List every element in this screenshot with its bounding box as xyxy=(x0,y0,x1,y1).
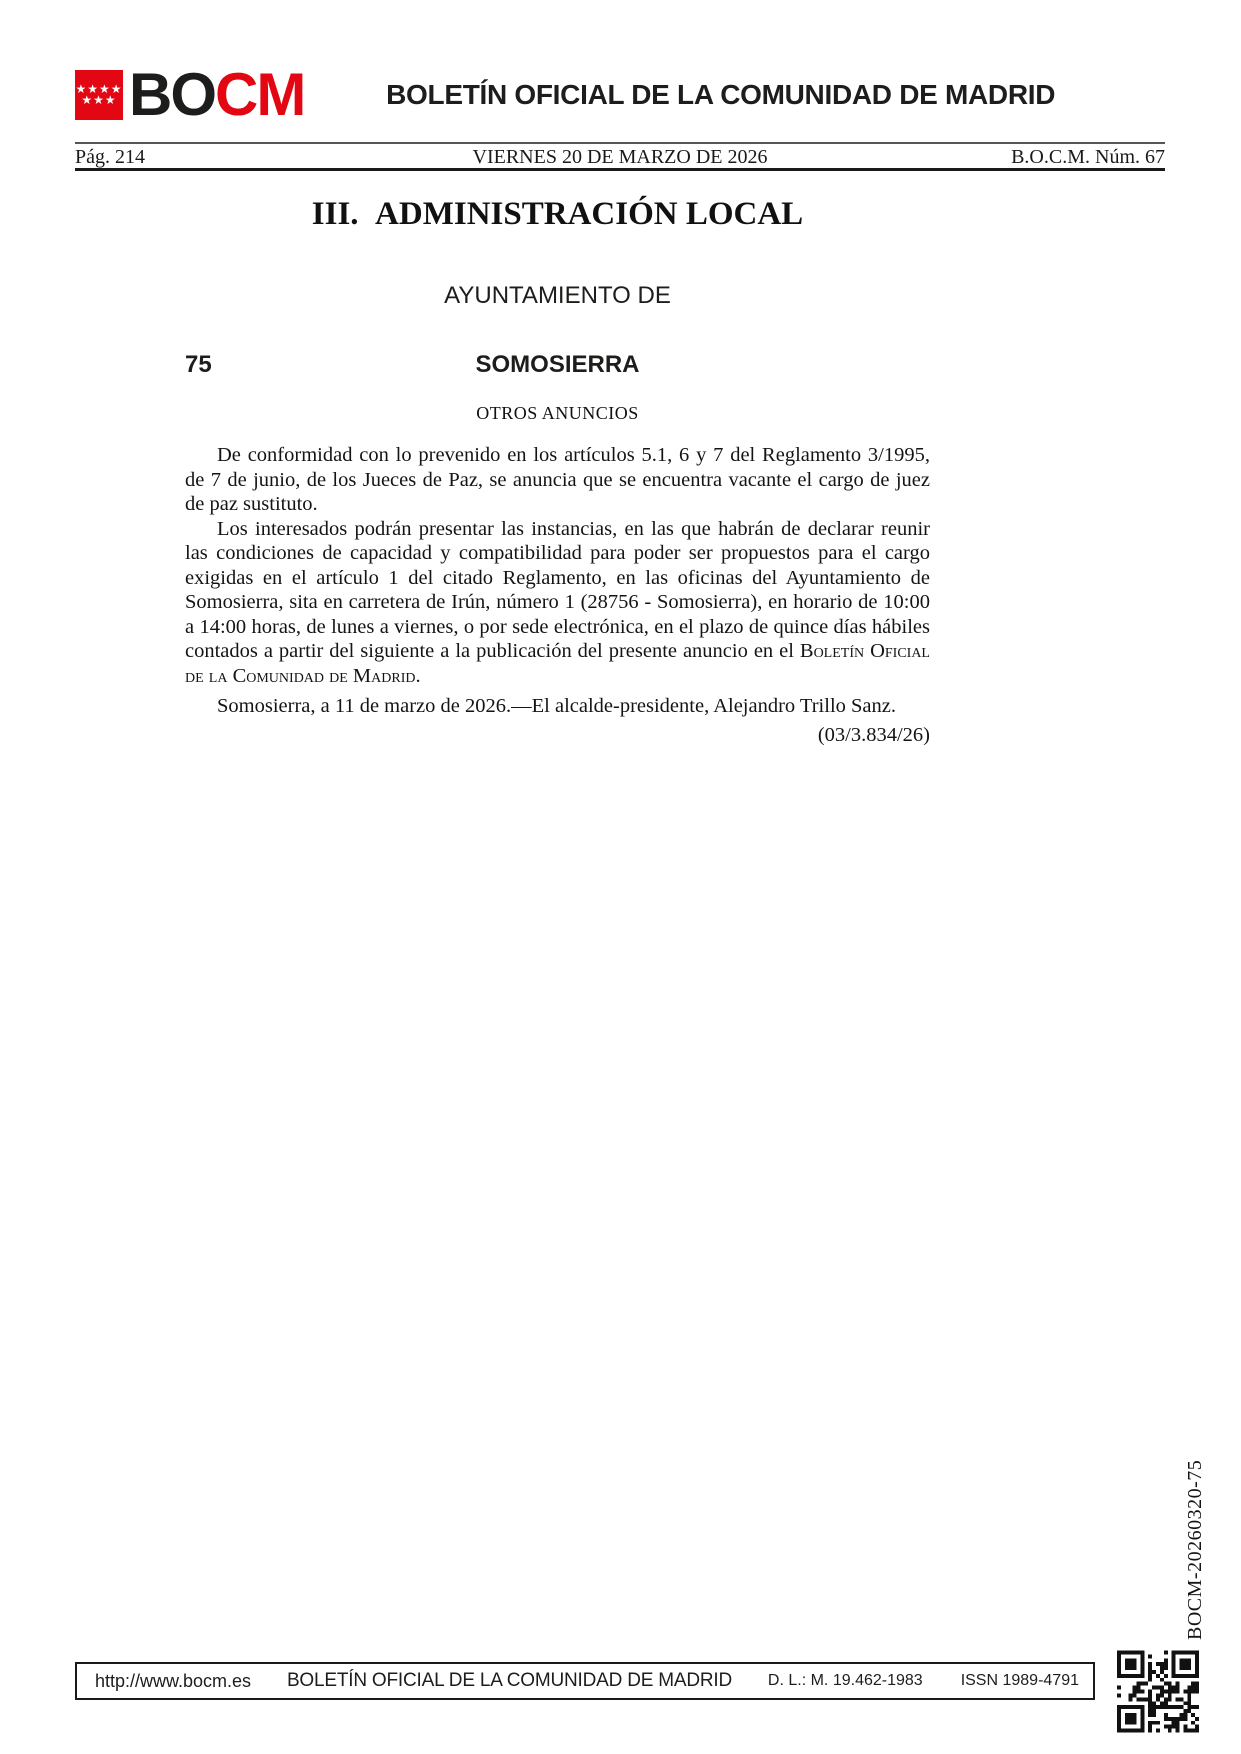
logo-wordmark: BOCM xyxy=(129,70,304,120)
madrid-flag-icon: ★★★★ ★★★ xyxy=(75,70,123,120)
section-title: III. ADMINISTRACIÓN LOCAL xyxy=(185,196,930,232)
dateline: Somosierra, a 11 de marzo de 2026.—El al… xyxy=(185,694,930,719)
issue-date: VIERNES 20 DE MARZO DE 2026 xyxy=(75,146,1165,168)
logo-text-cm: CM xyxy=(215,61,304,128)
paragraph-2-period: . xyxy=(416,665,421,687)
body-paragraph-2: Los interesados podrán presentar las ins… xyxy=(185,517,930,689)
footer-url-link[interactable]: http://www.bocm.es xyxy=(95,1671,251,1692)
gazette-page: ★★★★ ★★★ BOCM BOLETÍN OFICIAL DE LA COMU… xyxy=(0,0,1241,1754)
masthead-title: BOLETÍN OFICIAL DE LA COMUNIDAD DE MADRI… xyxy=(304,79,1165,111)
document-id-vertical: BOCM-20260320-75 xyxy=(1184,1455,1210,1640)
notice-number: 75 xyxy=(185,352,212,378)
issn: ISSN 1989-4791 xyxy=(961,1672,1079,1690)
bocm-logo: ★★★★ ★★★ BOCM xyxy=(75,70,304,120)
header-rule-top xyxy=(75,142,1165,144)
reference-number: (03/3.834/26) xyxy=(185,723,930,748)
municipality-row: 75 SOMOSIERRA xyxy=(185,352,930,378)
notice-body: De conformidad con lo prevenido en los a… xyxy=(185,443,930,719)
issue-number: B.O.C.M. Núm. 67 xyxy=(1011,146,1165,168)
masthead: ★★★★ ★★★ BOCM BOLETÍN OFICIAL DE LA COMU… xyxy=(75,66,1165,124)
deposit-legal: D. L.: M. 19.462-1983 xyxy=(768,1672,923,1690)
footer-title: BOLETÍN OFICIAL DE LA COMUNIDAD DE MADRI… xyxy=(251,1670,768,1692)
organization-heading: AYUNTAMIENTO DE xyxy=(185,283,930,309)
qr-code-icon xyxy=(1117,1650,1199,1733)
body-paragraph-1: De conformidad con lo prevenido en los a… xyxy=(185,443,930,517)
notice-section: III. ADMINISTRACIÓN LOCAL AYUNTAMIENTO D… xyxy=(185,196,930,747)
logo-text-bo: BO xyxy=(129,61,215,128)
header-rule-bottom xyxy=(75,168,1165,171)
footer-bar: http://www.bocm.es BOLETÍN OFICIAL DE LA… xyxy=(75,1662,1095,1700)
flag-stars-row-2: ★★★ xyxy=(81,95,116,106)
municipality-heading: SOMOSIERRA xyxy=(185,352,930,378)
page-info-row: Pág. 214 VIERNES 20 DE MARZO DE 2026 B.O… xyxy=(75,146,1165,168)
notice-subheading: OTROS ANUNCIOS xyxy=(185,403,930,423)
